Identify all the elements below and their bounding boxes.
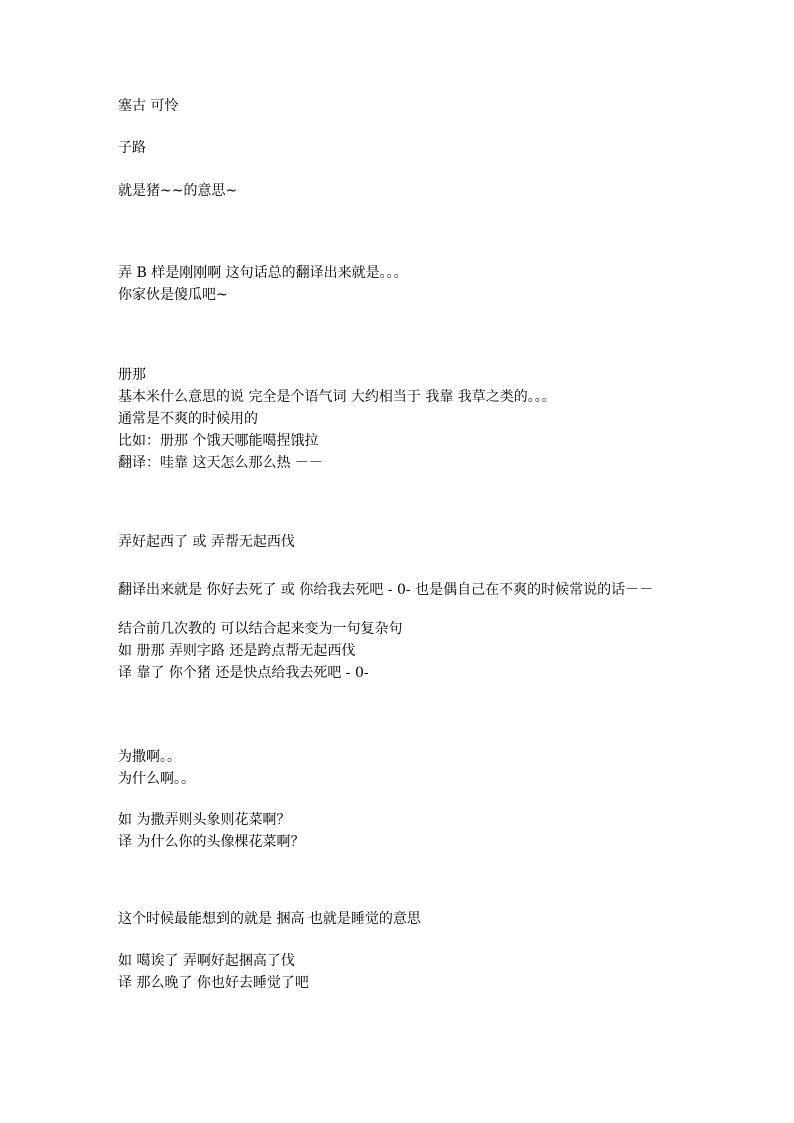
text-line: 你家伙是傻瓜吧~ xyxy=(118,284,706,306)
text-line: 结合前几次教的 可以结合起来变为一句复杂句 xyxy=(118,618,706,640)
paragraph: 如 噶诶了 弄啊好起捆高了伐 译 那么晚了 你也好去睡觉了吧 xyxy=(118,950,706,994)
paragraph: 弄好起西了 或 弄帮无起西伐 xyxy=(118,531,706,553)
paragraph: 结合前几次教的 可以结合起来变为一句复杂句 如 册那 弄则字路 还是跨点帮无起西… xyxy=(118,618,706,684)
paragraph: 就是猪~~的意思~ xyxy=(118,180,706,202)
paragraph: 子路 xyxy=(118,137,706,159)
paragraph: 为撒啊。。 为什么啊。。 xyxy=(118,746,706,790)
text-line: 基本米什么意思的说 完全是个语气词 大约相当于 我靠 我草之类的。。。 xyxy=(118,386,706,408)
text-line: 就是猪~~的意思~ xyxy=(118,180,706,202)
text-line: 塞古 可怜 xyxy=(118,95,706,117)
text-line: 为什么啊。。 xyxy=(118,768,706,790)
text-line: 如 噶诶了 弄啊好起捆高了伐 xyxy=(118,950,706,972)
text-line: 翻译：哇靠 这天怎么那么热 －－ xyxy=(118,452,706,474)
text-line: 翻译出来就是 你好去死了 或 你给我去死吧 - 0- 也是偶自己在不爽的时候常说… xyxy=(118,579,706,601)
paragraph: 弄 B 样是刚刚啊 这句话总的翻译出来就是。。。 你家伙是傻瓜吧~ xyxy=(118,262,706,306)
text-line: 如 册那 弄则字路 还是跨点帮无起西伐 xyxy=(118,640,706,662)
paragraph: 这个时候最能想到的就是 捆高 也就是睡觉的意思 xyxy=(118,908,706,930)
text-line: 比如：册那 个饿天哪能噶捏饿拉 xyxy=(118,430,706,452)
text-line: 弄 B 样是刚刚啊 这句话总的翻译出来就是。。。 xyxy=(118,262,706,284)
paragraph: 如 为撒弄则头象则花菜啊？ 译 为什么你的头像棵花菜啊？ xyxy=(118,809,706,853)
paragraph: 塞古 可怜 xyxy=(118,95,706,117)
text-line: 子路 xyxy=(118,137,706,159)
text-line: 如 为撒弄则头象则花菜啊？ xyxy=(118,809,706,831)
text-line: 为撒啊。。 xyxy=(118,746,706,768)
paragraph: 翻译出来就是 你好去死了 或 你给我去死吧 - 0- 也是偶自己在不爽的时候常说… xyxy=(118,579,706,601)
text-line: 册那 xyxy=(118,364,706,386)
document-page: 塞古 可怜 子路 就是猪~~的意思~ 弄 B 样是刚刚啊 这句话总的翻译出来就是… xyxy=(0,0,794,1123)
text-line: 弄好起西了 或 弄帮无起西伐 xyxy=(118,531,706,553)
text-line: 译 那么晚了 你也好去睡觉了吧 xyxy=(118,972,706,994)
text-line: 通常是不爽的时候用的 xyxy=(118,408,706,430)
text-line: 译 为什么你的头像棵花菜啊？ xyxy=(118,831,706,853)
text-line: 译 靠了 你个猪 还是快点给我去死吧 - 0- xyxy=(118,662,706,684)
paragraph: 册那 基本米什么意思的说 完全是个语气词 大约相当于 我靠 我草之类的。。。 通… xyxy=(118,364,706,474)
text-line: 这个时候最能想到的就是 捆高 也就是睡觉的意思 xyxy=(118,908,706,930)
